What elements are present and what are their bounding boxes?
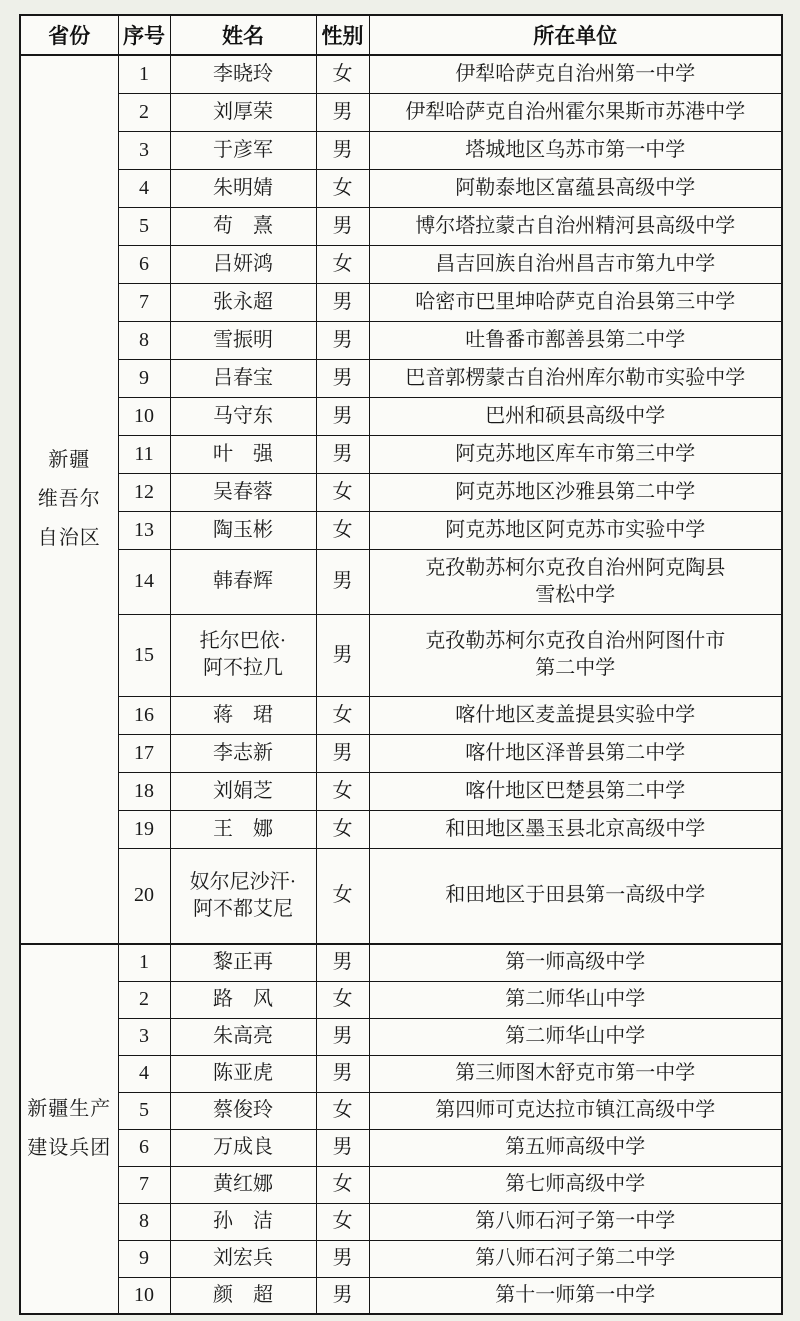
table-row: 3朱高亮男第二师华山中学 — [20, 1018, 782, 1055]
table-row: 7黄红娜女第七师高级中学 — [20, 1166, 782, 1203]
name-cell: 雪振明 — [170, 321, 316, 359]
gender-cell: 女 — [316, 810, 369, 848]
table-row: 2刘厚荣男伊犁哈萨克自治州霍尔果斯市苏港中学 — [20, 93, 782, 131]
unit-cell: 第二师华山中学 — [369, 1018, 782, 1055]
name-cell: 刘娟芝 — [170, 772, 316, 810]
unit-cell: 第八师石河子第一中学 — [369, 1203, 782, 1240]
serial-cell: 1 — [118, 944, 170, 981]
table-row: 新疆维吾尔自治区1李晓玲女伊犁哈萨克自治州第一中学 — [20, 55, 782, 93]
name-cell: 朱明婧 — [170, 169, 316, 207]
unit-cell: 第四师可克达拉市镇江高级中学 — [369, 1092, 782, 1129]
gender-cell: 男 — [316, 321, 369, 359]
name-cell: 张永超 — [170, 283, 316, 321]
gender-cell: 女 — [316, 1092, 369, 1129]
name-cell: 吕春宝 — [170, 359, 316, 397]
serial-cell: 9 — [118, 359, 170, 397]
header-serial: 序号 — [118, 15, 170, 55]
name-cell: 托尔巴依·阿不拉几 — [170, 614, 316, 696]
serial-cell: 19 — [118, 810, 170, 848]
table-row: 15托尔巴依·阿不拉几男克孜勒苏柯尔克孜自治州阿图什市第二中学 — [20, 614, 782, 696]
name-cell: 刘厚荣 — [170, 93, 316, 131]
unit-cell: 克孜勒苏柯尔克孜自治州阿图什市第二中学 — [369, 614, 782, 696]
unit-cell: 阿克苏地区阿克苏市实验中学 — [369, 511, 782, 549]
unit-cell: 第五师高级中学 — [369, 1129, 782, 1166]
gender-cell: 男 — [316, 435, 369, 473]
gender-cell: 女 — [316, 169, 369, 207]
gender-cell: 女 — [316, 245, 369, 283]
unit-cell: 哈密市巴里坤哈萨克自治县第三中学 — [369, 283, 782, 321]
table-row: 14韩春辉男克孜勒苏柯尔克孜自治州阿克陶县雪松中学 — [20, 549, 782, 614]
unit-cell: 第二师华山中学 — [369, 981, 782, 1018]
province-cell: 新疆维吾尔自治区 — [20, 55, 118, 944]
table-row: 5苟 熹男博尔塔拉蒙古自治州精河县高级中学 — [20, 207, 782, 245]
gender-cell: 女 — [316, 696, 369, 734]
serial-cell: 5 — [118, 1092, 170, 1129]
table-row: 8孙 洁女第八师石河子第一中学 — [20, 1203, 782, 1240]
table-row: 17李志新男喀什地区泽普县第二中学 — [20, 734, 782, 772]
table-row: 4朱明婧女阿勒泰地区富蕴县高级中学 — [20, 169, 782, 207]
gender-cell: 女 — [316, 1203, 369, 1240]
section-2-body: 新疆生产建设兵团1黎正再男第一师高级中学2路 风女第二师华山中学3朱高亮男第二师… — [20, 944, 782, 1314]
serial-cell: 5 — [118, 207, 170, 245]
unit-cell: 昌吉回族自治州昌吉市第九中学 — [369, 245, 782, 283]
name-cell: 蔡俊玲 — [170, 1092, 316, 1129]
unit-cell: 第一师高级中学 — [369, 944, 782, 981]
gender-cell: 男 — [316, 1240, 369, 1277]
unit-cell: 伊犁哈萨克自治州第一中学 — [369, 55, 782, 93]
name-cell: 苟 熹 — [170, 207, 316, 245]
table-row: 3于彦军男塔城地区乌苏市第一中学 — [20, 131, 782, 169]
table-row: 4陈亚虎男第三师图木舒克市第一中学 — [20, 1055, 782, 1092]
unit-cell: 阿克苏地区库车市第三中学 — [369, 435, 782, 473]
name-cell: 颜 超 — [170, 1277, 316, 1314]
name-cell: 李晓玲 — [170, 55, 316, 93]
gender-cell: 女 — [316, 848, 369, 944]
unit-cell: 阿勒泰地区富蕴县高级中学 — [369, 169, 782, 207]
unit-cell: 第十一师第一中学 — [369, 1277, 782, 1314]
unit-cell: 克孜勒苏柯尔克孜自治州阿克陶县雪松中学 — [369, 549, 782, 614]
serial-cell: 14 — [118, 549, 170, 614]
name-cell: 王 娜 — [170, 810, 316, 848]
serial-cell: 9 — [118, 1240, 170, 1277]
serial-cell: 6 — [118, 1129, 170, 1166]
serial-cell: 17 — [118, 734, 170, 772]
gender-cell: 男 — [316, 1018, 369, 1055]
unit-cell: 博尔塔拉蒙古自治州精河县高级中学 — [369, 207, 782, 245]
gender-cell: 男 — [316, 207, 369, 245]
serial-cell: 20 — [118, 848, 170, 944]
table-row: 18刘娟芝女喀什地区巴楚县第二中学 — [20, 772, 782, 810]
serial-cell: 15 — [118, 614, 170, 696]
name-cell: 奴尔尼沙汗·阿不都艾尼 — [170, 848, 316, 944]
gender-cell: 男 — [316, 283, 369, 321]
serial-cell: 8 — [118, 321, 170, 359]
serial-cell: 2 — [118, 93, 170, 131]
header-unit: 所在单位 — [369, 15, 782, 55]
serial-cell: 7 — [118, 1166, 170, 1203]
name-cell: 万成良 — [170, 1129, 316, 1166]
gender-cell: 男 — [316, 1055, 369, 1092]
header-province: 省份 — [20, 15, 118, 55]
unit-cell: 和田地区墨玉县北京高级中学 — [369, 810, 782, 848]
province-cell: 新疆生产建设兵团 — [20, 944, 118, 1314]
section-1-body: 新疆维吾尔自治区1李晓玲女伊犁哈萨克自治州第一中学2刘厚荣男伊犁哈萨克自治州霍尔… — [20, 55, 782, 944]
name-cell: 蒋 珺 — [170, 696, 316, 734]
gender-cell: 男 — [316, 1277, 369, 1314]
table-row: 2路 风女第二师华山中学 — [20, 981, 782, 1018]
unit-cell: 塔城地区乌苏市第一中学 — [369, 131, 782, 169]
serial-cell: 3 — [118, 131, 170, 169]
table-header: 省份 序号 姓名 性别 所在单位 — [20, 15, 782, 55]
unit-cell: 喀什地区泽普县第二中学 — [369, 734, 782, 772]
unit-cell: 吐鲁番市鄯善县第二中学 — [369, 321, 782, 359]
gender-cell: 男 — [316, 1129, 369, 1166]
gender-cell: 男 — [316, 131, 369, 169]
unit-cell: 第八师石河子第二中学 — [369, 1240, 782, 1277]
gender-cell: 女 — [316, 511, 369, 549]
table-row: 7张永超男哈密市巴里坤哈萨克自治县第三中学 — [20, 283, 782, 321]
name-cell: 李志新 — [170, 734, 316, 772]
name-cell: 叶 强 — [170, 435, 316, 473]
header-row: 省份 序号 姓名 性别 所在单位 — [20, 15, 782, 55]
serial-cell: 3 — [118, 1018, 170, 1055]
unit-cell: 阿克苏地区沙雅县第二中学 — [369, 473, 782, 511]
table-row: 10颜 超男第十一师第一中学 — [20, 1277, 782, 1314]
table-row: 13陶玉彬女阿克苏地区阿克苏市实验中学 — [20, 511, 782, 549]
serial-cell: 12 — [118, 473, 170, 511]
unit-cell: 第三师图木舒克市第一中学 — [369, 1055, 782, 1092]
table-row: 16蒋 珺女喀什地区麦盖提县实验中学 — [20, 696, 782, 734]
name-cell: 吴春蓉 — [170, 473, 316, 511]
serial-cell: 1 — [118, 55, 170, 93]
table-row: 10马守东男巴州和硕县高级中学 — [20, 397, 782, 435]
unit-cell: 喀什地区巴楚县第二中学 — [369, 772, 782, 810]
serial-cell: 6 — [118, 245, 170, 283]
serial-cell: 18 — [118, 772, 170, 810]
table-row: 12吴春蓉女阿克苏地区沙雅县第二中学 — [20, 473, 782, 511]
unit-cell: 伊犁哈萨克自治州霍尔果斯市苏港中学 — [369, 93, 782, 131]
unit-cell: 和田地区于田县第一高级中学 — [369, 848, 782, 944]
name-cell: 韩春辉 — [170, 549, 316, 614]
name-cell: 朱高亮 — [170, 1018, 316, 1055]
recipients-table: 省份 序号 姓名 性别 所在单位 新疆维吾尔自治区1李晓玲女伊犁哈萨克自治州第一… — [19, 14, 783, 1315]
name-cell: 陈亚虎 — [170, 1055, 316, 1092]
serial-cell: 7 — [118, 283, 170, 321]
table-row: 9刘宏兵男第八师石河子第二中学 — [20, 1240, 782, 1277]
gender-cell: 男 — [316, 397, 369, 435]
gender-cell: 男 — [316, 359, 369, 397]
serial-cell: 8 — [118, 1203, 170, 1240]
serial-cell: 10 — [118, 1277, 170, 1314]
name-cell: 刘宏兵 — [170, 1240, 316, 1277]
gender-cell: 男 — [316, 734, 369, 772]
serial-cell: 16 — [118, 696, 170, 734]
gender-cell: 男 — [316, 549, 369, 614]
gender-cell: 女 — [316, 1166, 369, 1203]
gender-cell: 女 — [316, 981, 369, 1018]
document-page: 省份 序号 姓名 性别 所在单位 新疆维吾尔自治区1李晓玲女伊犁哈萨克自治州第一… — [19, 14, 781, 1315]
unit-cell: 巴音郭楞蒙古自治州库尔勒市实验中学 — [369, 359, 782, 397]
name-cell: 马守东 — [170, 397, 316, 435]
gender-cell: 男 — [316, 944, 369, 981]
table-row: 6吕妍鸿女昌吉回族自治州昌吉市第九中学 — [20, 245, 782, 283]
header-gender: 性别 — [316, 15, 369, 55]
unit-cell: 喀什地区麦盖提县实验中学 — [369, 696, 782, 734]
gender-cell: 女 — [316, 55, 369, 93]
table-row: 6万成良男第五师高级中学 — [20, 1129, 782, 1166]
serial-cell: 2 — [118, 981, 170, 1018]
unit-cell: 第七师高级中学 — [369, 1166, 782, 1203]
name-cell: 陶玉彬 — [170, 511, 316, 549]
name-cell: 黄红娜 — [170, 1166, 316, 1203]
name-cell: 黎正再 — [170, 944, 316, 981]
serial-cell: 4 — [118, 169, 170, 207]
table-row: 5蔡俊玲女第四师可克达拉市镇江高级中学 — [20, 1092, 782, 1129]
serial-cell: 10 — [118, 397, 170, 435]
serial-cell: 11 — [118, 435, 170, 473]
table-row: 新疆生产建设兵团1黎正再男第一师高级中学 — [20, 944, 782, 981]
gender-cell: 女 — [316, 772, 369, 810]
header-name: 姓名 — [170, 15, 316, 55]
table-row: 9吕春宝男巴音郭楞蒙古自治州库尔勒市实验中学 — [20, 359, 782, 397]
table-row: 20奴尔尼沙汗·阿不都艾尼女和田地区于田县第一高级中学 — [20, 848, 782, 944]
table-row: 8雪振明男吐鲁番市鄯善县第二中学 — [20, 321, 782, 359]
table-row: 19王 娜女和田地区墨玉县北京高级中学 — [20, 810, 782, 848]
name-cell: 孙 洁 — [170, 1203, 316, 1240]
name-cell: 于彦军 — [170, 131, 316, 169]
table-row: 11叶 强男阿克苏地区库车市第三中学 — [20, 435, 782, 473]
serial-cell: 4 — [118, 1055, 170, 1092]
name-cell: 吕妍鸿 — [170, 245, 316, 283]
name-cell: 路 风 — [170, 981, 316, 1018]
serial-cell: 13 — [118, 511, 170, 549]
gender-cell: 男 — [316, 93, 369, 131]
unit-cell: 巴州和硕县高级中学 — [369, 397, 782, 435]
gender-cell: 女 — [316, 473, 369, 511]
gender-cell: 男 — [316, 614, 369, 696]
